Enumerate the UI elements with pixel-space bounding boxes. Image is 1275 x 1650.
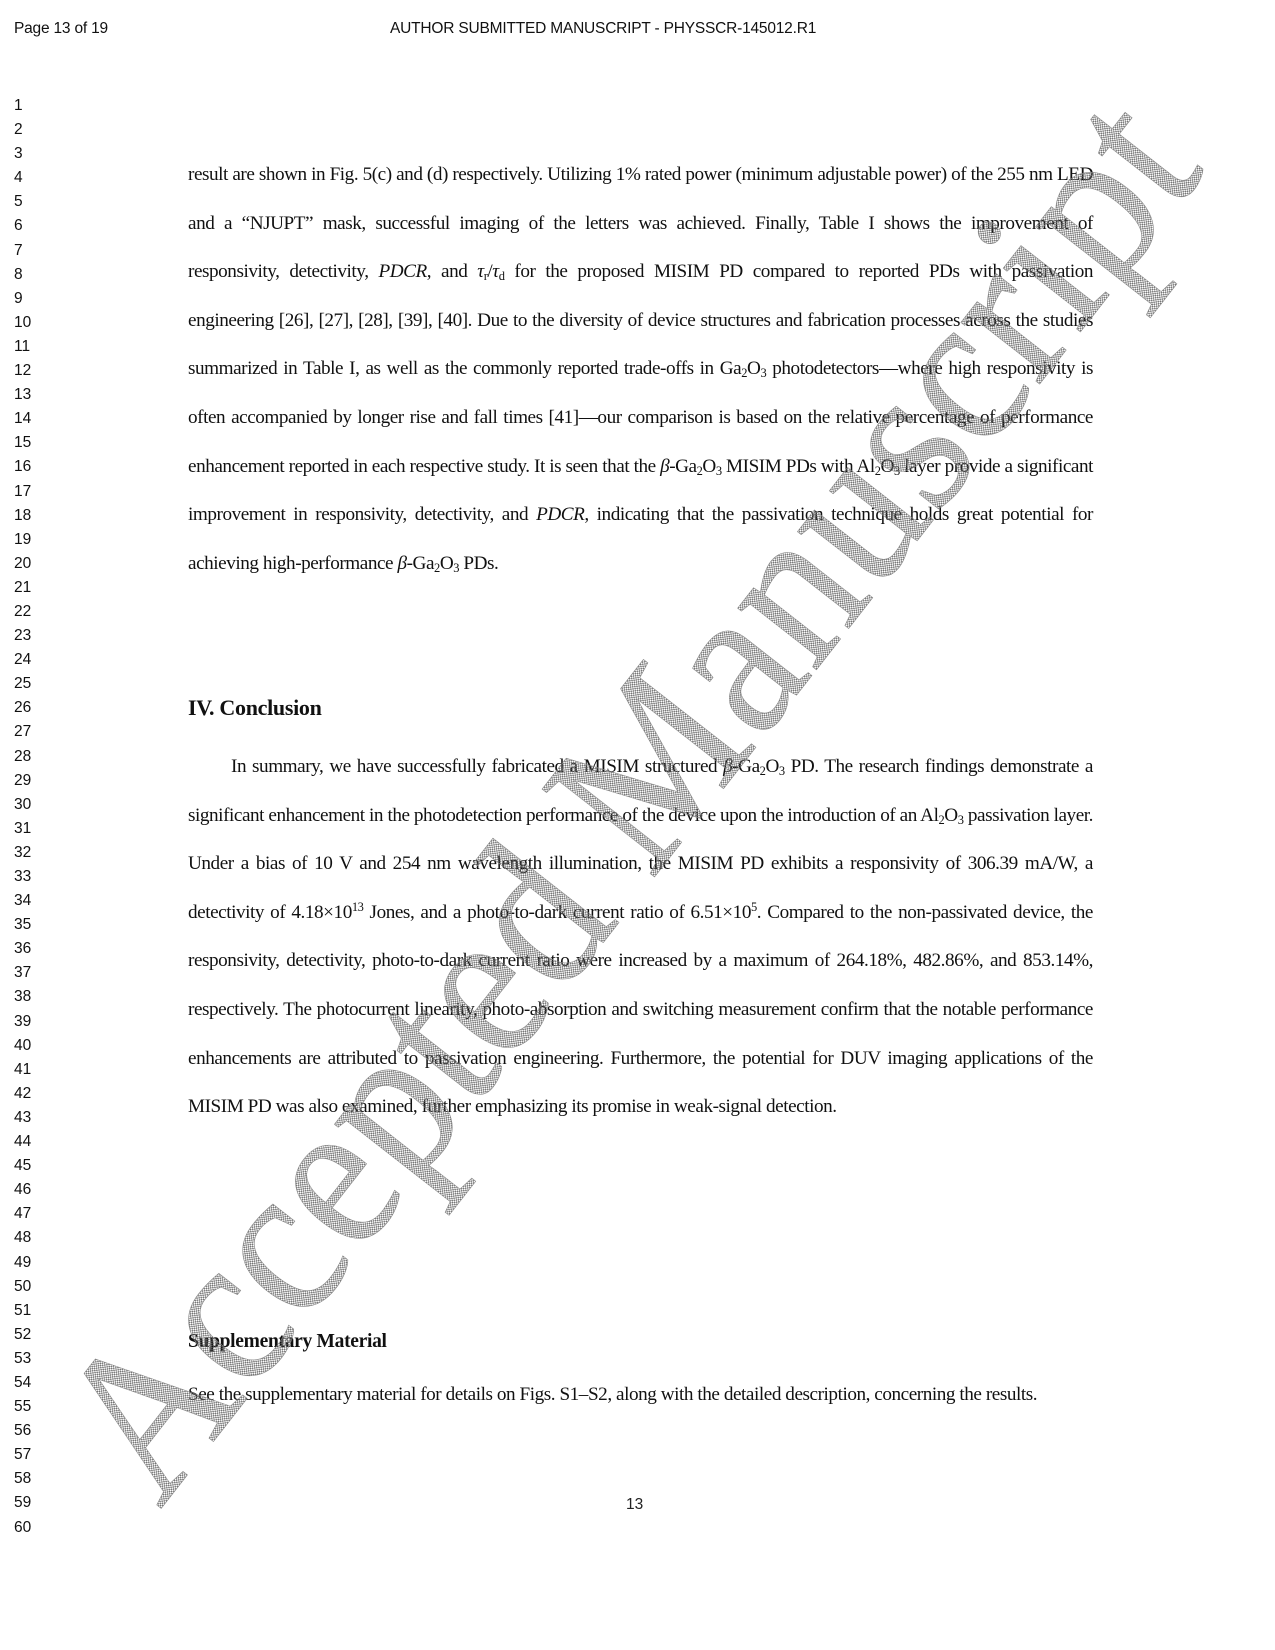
line-number: 7 xyxy=(14,239,54,263)
line-number: 34 xyxy=(14,889,54,913)
line-number: 31 xyxy=(14,817,54,841)
line-number: 54 xyxy=(14,1371,54,1395)
line-number: 13 xyxy=(14,383,54,407)
line-number: 14 xyxy=(14,407,54,431)
line-number: 36 xyxy=(14,937,54,961)
line-number: 8 xyxy=(14,263,54,287)
line-number: 39 xyxy=(14,1010,54,1034)
line-number: 51 xyxy=(14,1299,54,1323)
line-number: 59 xyxy=(14,1491,54,1515)
conclusion-paragraph: In summary, we have successfully fabrica… xyxy=(188,743,1093,1132)
line-number: 21 xyxy=(14,576,54,600)
line-number: 23 xyxy=(14,624,54,648)
page-label: Page 13 of 19 xyxy=(14,20,108,44)
line-number: 15 xyxy=(14,431,54,455)
line-number: 32 xyxy=(14,841,54,865)
line-number: 52 xyxy=(14,1323,54,1347)
line-number: 33 xyxy=(14,865,54,889)
line-number: 18 xyxy=(14,504,54,528)
line-number: 45 xyxy=(14,1154,54,1178)
line-number: 29 xyxy=(14,769,54,793)
line-number: 22 xyxy=(14,600,54,624)
line-number: 55 xyxy=(14,1395,54,1419)
line-number: 3 xyxy=(14,142,54,166)
line-number: 9 xyxy=(14,287,54,311)
line-number: 57 xyxy=(14,1443,54,1467)
line-number: 41 xyxy=(14,1058,54,1082)
line-number: 48 xyxy=(14,1226,54,1250)
line-number: 40 xyxy=(14,1034,54,1058)
manuscript-id: AUTHOR SUBMITTED MANUSCRIPT - PHYSSCR-14… xyxy=(390,20,816,44)
line-number: 43 xyxy=(14,1106,54,1130)
line-number: 28 xyxy=(14,745,54,769)
line-number: 4 xyxy=(14,166,54,190)
line-number: 44 xyxy=(14,1130,54,1154)
line-number: 58 xyxy=(14,1467,54,1491)
supplementary-paragraph: See the supplementary material for detai… xyxy=(188,1371,1093,1420)
line-number: 12 xyxy=(14,359,54,383)
line-number: 10 xyxy=(14,311,54,335)
section-heading-supplementary: Supplementary Material xyxy=(188,1331,387,1353)
line-number: 49 xyxy=(14,1251,54,1275)
results-paragraph: result are shown in Fig. 5(c) and (d) re… xyxy=(188,151,1093,588)
line-number: 24 xyxy=(14,648,54,672)
line-number: 16 xyxy=(14,455,54,479)
line-numbers: 1234567891011121314151617181920212223242… xyxy=(14,94,54,1540)
line-number: 20 xyxy=(14,552,54,576)
section-heading-conclusion: IV. Conclusion xyxy=(188,695,322,721)
line-number: 26 xyxy=(14,696,54,720)
line-number: 2 xyxy=(14,118,54,142)
line-number: 42 xyxy=(14,1082,54,1106)
line-number: 25 xyxy=(14,672,54,696)
line-number: 19 xyxy=(14,528,54,552)
line-number: 53 xyxy=(14,1347,54,1371)
line-number: 56 xyxy=(14,1419,54,1443)
line-number: 1 xyxy=(14,94,54,118)
page-number: 13 xyxy=(626,1496,643,1514)
line-number: 17 xyxy=(14,480,54,504)
line-number: 27 xyxy=(14,720,54,744)
line-number: 35 xyxy=(14,913,54,937)
line-number: 50 xyxy=(14,1275,54,1299)
line-number: 30 xyxy=(14,793,54,817)
line-number: 5 xyxy=(14,190,54,214)
line-number: 46 xyxy=(14,1178,54,1202)
line-number: 60 xyxy=(14,1516,54,1540)
line-number: 11 xyxy=(14,335,54,359)
line-number: 6 xyxy=(14,214,54,238)
line-number: 37 xyxy=(14,961,54,985)
line-number: 38 xyxy=(14,985,54,1009)
line-number: 47 xyxy=(14,1202,54,1226)
